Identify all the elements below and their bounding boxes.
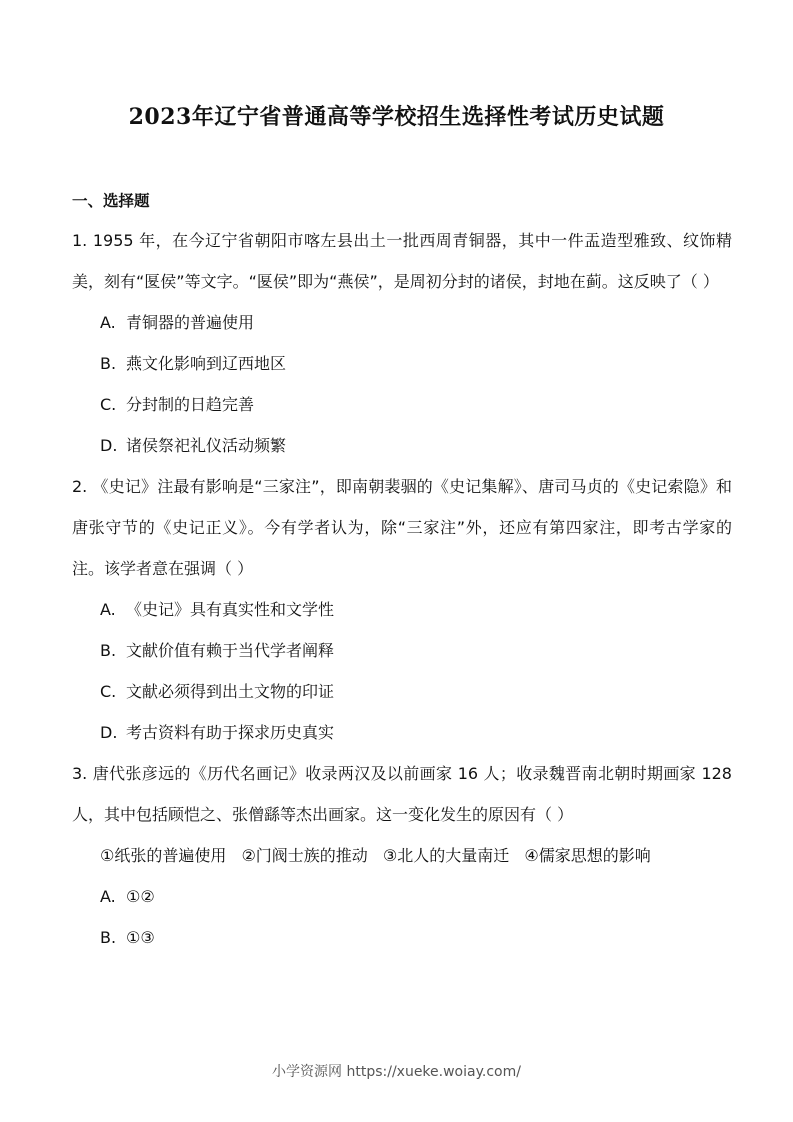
document-body: 一、选择题 1. 1955 年，在今辽宁省朝阳市喀左县出土一批西周青铜器，其中一… — [72, 186, 732, 958]
question-3: 3. 唐代张彦远的《历代名画记》收录两汉及以前画家 16 人；收录魏晋南北朝时期… — [72, 753, 732, 958]
option-letter: A. — [100, 302, 126, 343]
option-letter: A. — [100, 589, 126, 630]
question-2: 2. 《史记》注最有影响是“三家注”，即南朝裴骃的《史记集解》、唐司马贞的《史记… — [72, 466, 732, 753]
question-text: 唐代张彦远的《历代名画记》收录两汉及以前画家 16 人；收录魏晋南北朝时期画家 … — [72, 764, 732, 824]
option-text: ①② — [126, 887, 155, 906]
page-title: 2023年辽宁省普通高等学校招生选择性考试历史试题 — [0, 100, 793, 131]
option-letter: A. — [100, 876, 126, 917]
option-b: B.文献价值有赖于当代学者阐释 — [72, 630, 732, 671]
question-stem: 1. 1955 年，在今辽宁省朝阳市喀左县出土一批西周青铜器，其中一件盂造型雅致… — [72, 220, 732, 302]
question-number: 1. — [72, 231, 87, 250]
option-letter: C. — [100, 671, 126, 712]
option-text: 文献价值有赖于当代学者阐释 — [126, 641, 334, 660]
option-text: 分封制的日趋完善 — [126, 395, 254, 414]
question-stem: 3. 唐代张彦远的《历代名画记》收录两汉及以前画家 16 人；收录魏晋南北朝时期… — [72, 753, 732, 835]
statement-3: ③北人的大量南迁 — [383, 846, 509, 865]
option-letter: B. — [100, 630, 126, 671]
option-letter: B. — [100, 917, 126, 958]
question-text: 1955 年，在今辽宁省朝阳市喀左县出土一批西周青铜器，其中一件盂造型雅致、纹饰… — [72, 231, 732, 291]
question-text: 《史记》注最有影响是“三家注”，即南朝裴骃的《史记集解》、唐司马贞的《史记索隐》… — [72, 477, 732, 578]
option-a: A.《史记》具有真实性和文学性 — [72, 589, 732, 630]
option-a: A.①② — [72, 876, 732, 917]
footer-watermark: 小学资源网 https://xueke.woiay.com/ — [0, 1061, 793, 1081]
option-c: C.文献必须得到出土文物的印证 — [72, 671, 732, 712]
option-text: ①③ — [126, 928, 155, 947]
option-text: 文献必须得到出土文物的印证 — [126, 682, 334, 701]
section-heading: 一、选择题 — [72, 186, 732, 216]
option-text: 《史记》具有真实性和文学性 — [126, 600, 334, 619]
option-text: 诸侯祭祀礼仪活动频繁 — [126, 436, 286, 455]
option-text: 考古资料有助于探求历史真实 — [126, 723, 334, 742]
option-letter: C. — [100, 384, 126, 425]
question-number: 2. — [72, 477, 87, 496]
question-1: 1. 1955 年，在今辽宁省朝阳市喀左县出土一批西周青铜器，其中一件盂造型雅致… — [72, 220, 732, 466]
option-letter: B. — [100, 343, 126, 384]
statement-4: ④儒家思想的影响 — [524, 846, 650, 865]
statement-2: ②门阀士族的推动 — [241, 846, 367, 865]
option-b: B.①③ — [72, 917, 732, 958]
option-c: C.分封制的日趋完善 — [72, 384, 732, 425]
option-b: B.燕文化影响到辽西地区 — [72, 343, 732, 384]
statement-1: ①纸张的普遍使用 — [100, 846, 226, 865]
question-number: 3. — [72, 764, 87, 783]
option-d: D.考古资料有助于探求历史真实 — [72, 712, 732, 753]
option-text: 青铜器的普遍使用 — [126, 313, 254, 332]
option-letter: D. — [100, 712, 126, 753]
option-letter: D. — [100, 425, 126, 466]
question-stem: 2. 《史记》注最有影响是“三家注”，即南朝裴骃的《史记集解》、唐司马贞的《史记… — [72, 466, 732, 589]
option-text: 燕文化影响到辽西地区 — [126, 354, 286, 373]
option-d: D.诸侯祭祀礼仪活动频繁 — [72, 425, 732, 466]
statement-list: ①纸张的普遍使用 ②门阀士族的推动 ③北人的大量南迁 ④儒家思想的影响 — [72, 835, 732, 876]
option-a: A.青铜器的普遍使用 — [72, 302, 732, 343]
